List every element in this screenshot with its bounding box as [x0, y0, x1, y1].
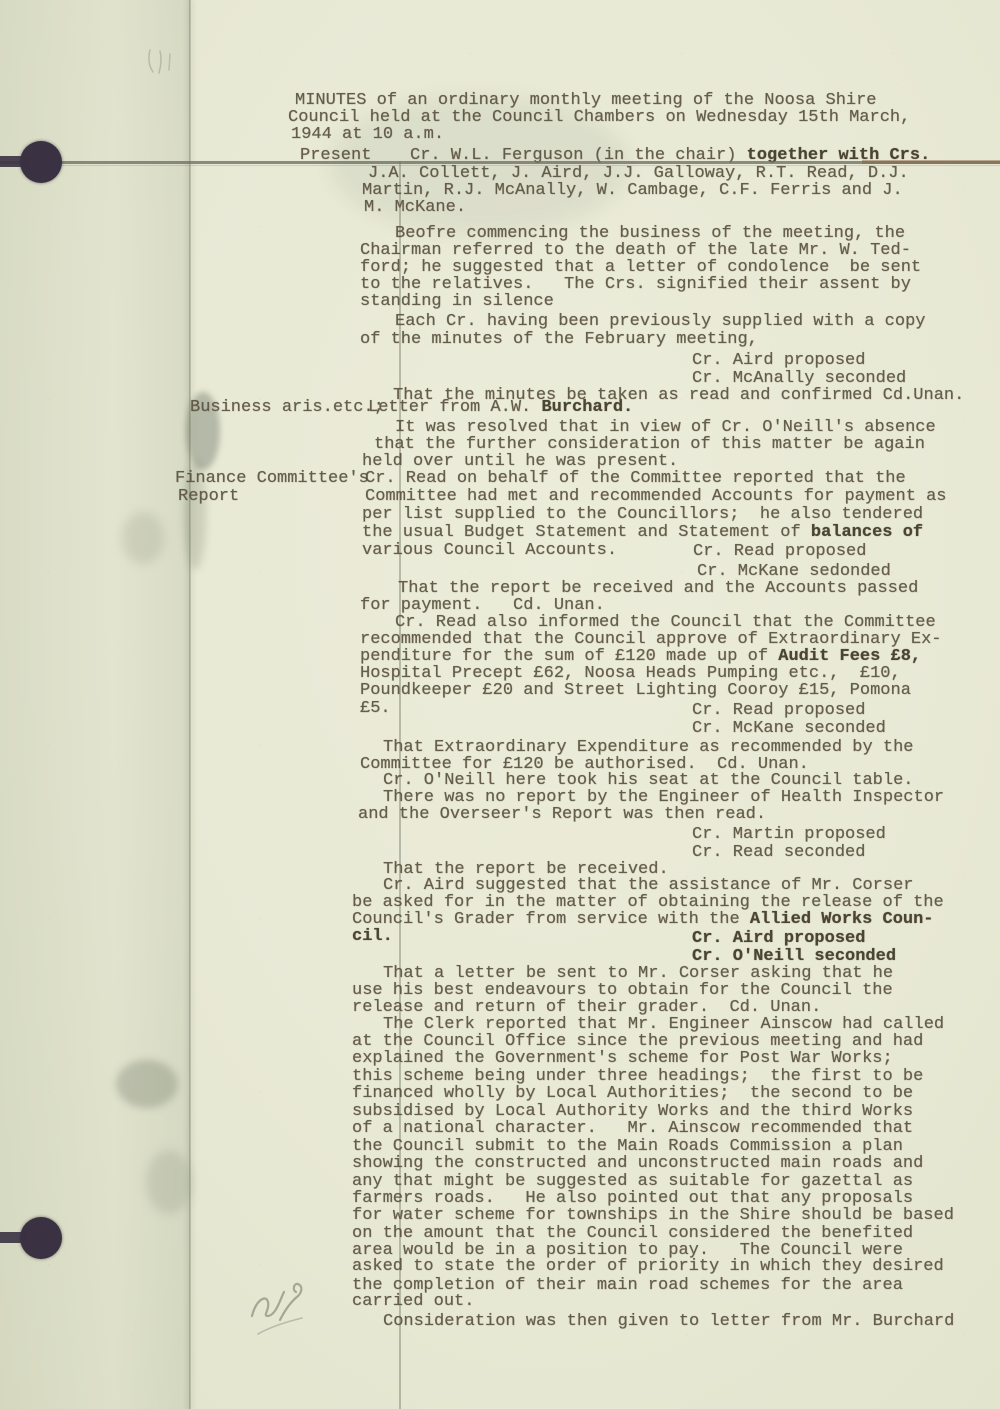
horizontal-rule-shadow: [0, 165, 1000, 166]
text-line: Chairman referred to the death of the la…: [360, 242, 911, 259]
scanned-document-page: MINUTES of an ordinary monthly meeting o…: [0, 0, 1000, 1409]
text-line: Cr. McKane seconded: [692, 720, 886, 737]
text-line: on the amount that the Council considere…: [352, 1225, 913, 1242]
text-line: the usual Budget Statement and Statement…: [362, 524, 923, 541]
text-line: Cr. Read seconded: [692, 844, 865, 861]
text-line: Hospital Precept £62, Noosa Heads Pumpin…: [360, 665, 901, 682]
hole-punch-bottom: [20, 1217, 62, 1259]
text-line: Cr. O'Neill here took his seat at the Co…: [383, 772, 914, 789]
text-line: Cr. Read proposed: [692, 702, 865, 719]
text-line: subsidised by Local Authority Works and …: [352, 1103, 913, 1120]
text-line: Cr. Martin proposed: [692, 826, 886, 843]
pencil-mark-top-left: [146, 46, 180, 78]
text-line: use his best endeavours to obtain for th…: [352, 982, 893, 999]
text-line: Cr. McAnally seconded: [692, 370, 906, 387]
text-line: of a national character. Mr. Ainscow rec…: [352, 1120, 913, 1137]
text-line: be asked for in the matter of obtaining …: [352, 894, 944, 911]
text-line: J.A. Collett, J. Aird, J.J. Galloway, R.…: [368, 165, 909, 182]
text-line: for water scheme for townships in the Sh…: [352, 1207, 954, 1224]
text-line: Poundkeeper £20 and Street Lighting Coor…: [360, 682, 911, 699]
text-line: Business aris.etc.;: [190, 399, 384, 416]
text-line: M. McKane.: [364, 199, 466, 216]
text-line: this scheme being under three headings; …: [352, 1068, 923, 1085]
text-line: explained the Government's scheme for Po…: [352, 1050, 893, 1067]
text-line: Cr. Read also informed the Council that …: [395, 614, 936, 631]
text-line: Martin, R.J. McAnally, W. Cambage, C.F. …: [362, 182, 903, 199]
text-line: Each Cr. having been previously supplied…: [395, 313, 926, 330]
text-line: any that might be suggested as suitable …: [352, 1173, 913, 1190]
hole-punch-bottom-stem: [0, 1232, 26, 1243]
text-line: cil.: [352, 928, 393, 945]
text-line: Report: [178, 488, 239, 505]
text-line: MINUTES of an ordinary monthly meeting o…: [295, 92, 877, 109]
text-line: penditure for the sum of £120 made up of…: [360, 648, 921, 665]
text-line: There was no report by the Engineer of H…: [383, 789, 944, 806]
text-line: That the report be received and the Acco…: [398, 580, 918, 597]
text-line: for payment. Cd. Unan.: [360, 597, 605, 614]
text-line: Cr. Aird proposed: [692, 930, 865, 947]
text-line: Beofre commencing the business of the me…: [395, 225, 905, 242]
text-line: Cr. Read on behalf of the Committee repo…: [365, 470, 906, 487]
text-line: asked to state the order of priority in …: [352, 1258, 944, 1275]
text-line: Finance Committee's: [175, 470, 369, 487]
text-line: carried out.: [352, 1293, 474, 1310]
text-line: Cr. Read proposed: [693, 543, 866, 560]
text-line: of the minutes of the February meeting,: [360, 331, 758, 348]
text-line: That Extraordinary Expenditure as recomm…: [383, 739, 914, 756]
text-line: recommended that the Council approve of …: [360, 631, 942, 648]
text-line: the Council submit to the Main Roads Com…: [352, 1138, 903, 1155]
text-line: standing in silence: [360, 293, 554, 310]
handwritten-initials: [246, 1270, 308, 1340]
horizontal-rule-right-tint: [862, 160, 1000, 164]
text-line: and the Overseer's Report was then read.: [358, 806, 766, 823]
text-line: per list supplied to the Councillors; he…: [362, 506, 923, 523]
hole-punch-top-stem: [0, 156, 30, 167]
text-line: Council's Grader from service with the A…: [352, 911, 934, 928]
text-line: various Council Accounts.: [362, 542, 617, 559]
text-line: at the Council Office since the previous…: [352, 1033, 923, 1050]
text-line: Consideration was then given to letter f…: [383, 1313, 954, 1330]
text-line: ford; he suggested that a letter of cond…: [360, 259, 921, 276]
horizontal-rule: [0, 161, 1000, 164]
text-line: Council held at the Council Chambers on …: [288, 109, 910, 126]
text-line: Cr. Aird suggested that the assistance o…: [383, 877, 914, 894]
text-line: release and return of their grader. Cd. …: [352, 999, 821, 1016]
text-line: farmers roads. He also pointed out that …: [352, 1190, 913, 1207]
text-line: Cr. O'Neill seconded: [692, 948, 896, 965]
text-line: That a letter be sent to Mr. Corser aski…: [383, 965, 893, 982]
typewritten-text-layer: MINUTES of an ordinary monthly meeting o…: [0, 0, 1000, 1409]
text-line: Committee had met and recommended Accoun…: [365, 488, 947, 505]
text-line: to the relatives. The Crs. signified the…: [360, 276, 911, 293]
text-line: £5.: [360, 700, 391, 717]
text-line: financed wholly by Local Authorities; th…: [352, 1085, 913, 1102]
text-line: held over until he was present.: [362, 453, 678, 470]
text-line: Letter from A.W. Burchard.: [368, 399, 633, 416]
text-line: Cr. McKane sedonded: [697, 563, 891, 580]
text-line: 1944 at 10 a.m.: [291, 126, 444, 143]
text-line: showing the constructed and unconstructe…: [352, 1155, 923, 1172]
text-line: It was resolved that in view of Cr. O'Ne…: [395, 419, 936, 436]
text-line: Cr. Aird proposed: [692, 352, 865, 369]
text-line: that the further consideration of this m…: [374, 436, 925, 453]
text-line: The Clerk reported that Mr. Engineer Ain…: [383, 1016, 944, 1033]
